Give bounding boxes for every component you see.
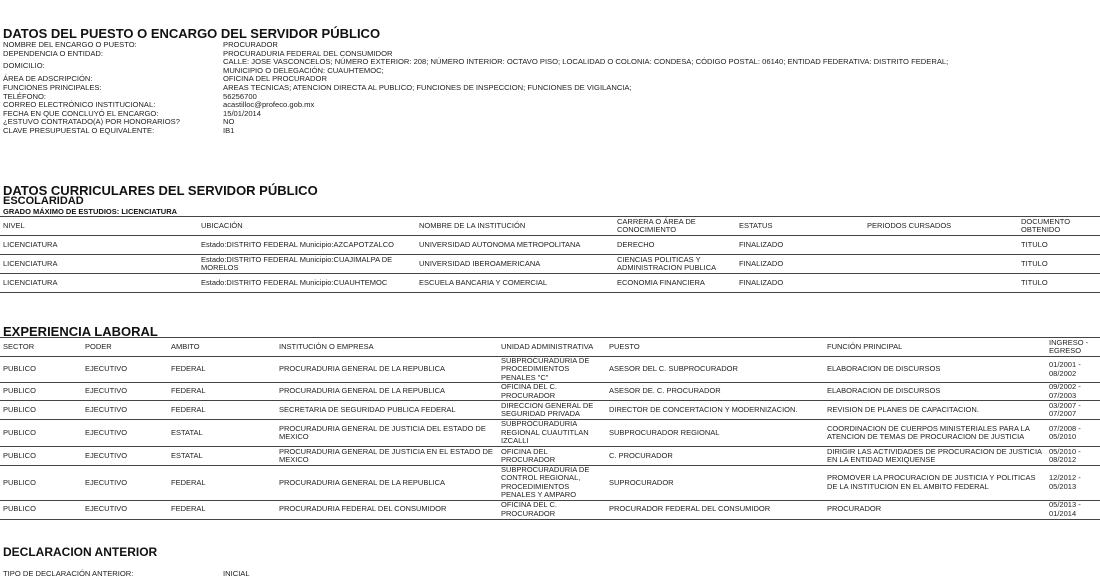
- field-correo: CORREO ELECTRÓNICO INSTITUCIONAL: acasti…: [3, 101, 1098, 110]
- column-header: UBICACIÓN: [198, 217, 416, 236]
- table-cell: FINALIZADO: [736, 274, 864, 293]
- experiencia-row: PUBLICOEJECUTIVOFEDERALSECRETARIA DE SEG…: [0, 401, 1100, 420]
- table-cell: FINALIZADO: [736, 236, 864, 255]
- table-cell: LICENCIATURA: [0, 274, 198, 293]
- field-funciones: FUNCIONES PRINCIPALES: AREAS TECNICAS; A…: [3, 84, 1098, 93]
- field-label: DEPENDENCIA O ENTIDAD:: [3, 50, 223, 59]
- field-value: CALLE: JOSE VASCONCELOS; NÚMERO EXTERIOR…: [223, 58, 1098, 75]
- table-cell: SUPROCURADOR: [606, 466, 824, 501]
- field-value: INICIAL: [223, 570, 1098, 579]
- table-cell: EJECUTIVO: [82, 500, 168, 519]
- table-cell: ASESOR DEL C. SUBPROCURADOR: [606, 357, 824, 383]
- experiencia-table: SECTORPODERAMBITOINSTITUCIÓN O EMPRESAUN…: [0, 337, 1100, 520]
- column-header: UNIDAD ADMINISTRATIVA: [498, 338, 606, 357]
- table-cell: DIRIGIR LAS ACTIVIDADES DE PROCURACION D…: [824, 447, 1046, 466]
- column-header: INSTITUCIÓN O EMPRESA: [276, 338, 498, 357]
- table-cell: PROCURADURIA GENERAL DE LA REPUBLICA: [276, 383, 498, 401]
- table-cell: PROCURADOR: [824, 500, 1046, 519]
- table-cell: PROCURADURIA GENERAL DE LA REPUBLICA: [276, 357, 498, 383]
- experiencia-row: PUBLICOEJECUTIVOESTATALPROCURADURIA GENE…: [0, 447, 1100, 466]
- table-cell: 05/2013 - 01/2014: [1046, 500, 1100, 519]
- experiencia-row: PUBLICOEJECUTIVOFEDERALPROCURADURIA GENE…: [0, 383, 1100, 401]
- table-cell: UNIVERSIDAD AUTONOMA METROPOLITANA: [416, 236, 614, 255]
- table-cell: C. PROCURADOR: [606, 447, 824, 466]
- table-cell: FEDERAL: [168, 401, 276, 420]
- table-cell: Estado:DISTRITO FEDERAL Municipio:AZCAPO…: [198, 236, 416, 255]
- column-header: AMBITO: [168, 338, 276, 357]
- experiencia-row: PUBLICOEJECUTIVOFEDERALPROCURADURIA GENE…: [0, 466, 1100, 501]
- field-label: TIPO DE DECLARACIÓN ANTERIOR:: [3, 570, 223, 579]
- table-cell: PUBLICO: [0, 466, 82, 501]
- column-header: PUESTO: [606, 338, 824, 357]
- field-label: CLAVE PRESUPUESTAL O EQUIVALENTE:: [3, 127, 223, 136]
- table-cell: OFICINA DEL C. PROCURADOR: [498, 500, 606, 519]
- column-header: ESTATUS: [736, 217, 864, 236]
- table-cell: DERECHO: [614, 236, 736, 255]
- table-cell: TITULO: [1018, 236, 1100, 255]
- table-cell: EJECUTIVO: [82, 447, 168, 466]
- table-cell: 01/2001 - 08/2002: [1046, 357, 1100, 383]
- column-header: DOCUMENTO OBTENIDO: [1018, 217, 1100, 236]
- table-cell: OFICINA DEL PROCURADOR: [498, 447, 606, 466]
- table-cell: FINALIZADO: [736, 255, 864, 274]
- table-cell: PUBLICO: [0, 357, 82, 383]
- table-cell: PROCURADURIA GENERAL DE JUSTICIA DEL EST…: [276, 420, 498, 447]
- table-cell: REVISION DE PLANES DE CAPACITACION.: [824, 401, 1046, 420]
- column-header: PODER: [82, 338, 168, 357]
- escolaridad-table: NIVELUBICACIÓNNOMBRE DE LA INSTITUCIÓNCA…: [0, 216, 1100, 293]
- table-cell: PUBLICO: [0, 383, 82, 401]
- declaracion-section-title: DECLARACION ANTERIOR: [3, 546, 157, 559]
- table-cell: SUBPROCURADURIA DE PROCEDIMIENTOS PENALE…: [498, 357, 606, 383]
- column-header: NIVEL: [0, 217, 198, 236]
- table-cell: DIRECCION GENERAL DE SEGURIDAD PRIVADA: [498, 401, 606, 420]
- field-value: 15/01/2014: [223, 110, 1098, 119]
- table-cell: TITULO: [1018, 274, 1100, 293]
- table-cell: FEDERAL: [168, 500, 276, 519]
- table-cell: [864, 274, 1018, 293]
- table-cell: PROCURADURIA FEDERAL DEL CONSUMIDOR: [276, 500, 498, 519]
- table-cell: 07/2008 - 05/2010: [1046, 420, 1100, 447]
- table-cell: SUBPROCURADURIA REGIONAL CUAUTITLAN IZCA…: [498, 420, 606, 447]
- table-cell: UNIVERSIDAD IBEROAMERICANA: [416, 255, 614, 274]
- table-cell: ESTATAL: [168, 420, 276, 447]
- escolaridad-row: LICENCIATURAEstado:DISTRITO FEDERAL Muni…: [0, 274, 1100, 293]
- table-cell: ECONOMIA FINANCIERA: [614, 274, 736, 293]
- table-cell: EJECUTIVO: [82, 383, 168, 401]
- column-header: CARRERA O ÁREA DE CONOCIMIENTO: [614, 217, 736, 236]
- column-header: FUNCIÓN PRINCIPAL: [824, 338, 1046, 357]
- experiencia-row: PUBLICOEJECUTIVOFEDERALPROCURADURIA GENE…: [0, 357, 1100, 383]
- table-cell: 09/2002 - 07/2003: [1046, 383, 1100, 401]
- table-cell: SUBPROCURADURIA DE CONTROL REGIONAL, PRO…: [498, 466, 606, 501]
- field-tipo-declaracion: TIPO DE DECLARACIÓN ANTERIOR: INICIAL: [3, 570, 1098, 579]
- experiencia-row: PUBLICOEJECUTIVOFEDERALPROCURADURIA FEDE…: [0, 500, 1100, 519]
- table-cell: PUBLICO: [0, 500, 82, 519]
- field-domicilio: DOMICILIO: CALLE: JOSE VASCONCELOS; NÚME…: [3, 58, 1098, 75]
- field-value: AREAS TECNICAS; ATENCION DIRECTA AL PUBL…: [223, 84, 1098, 93]
- column-header: PERIODOS CURSADOS: [864, 217, 1018, 236]
- table-cell: PROCURADURIA GENERAL DE LA REPUBLICA: [276, 466, 498, 501]
- table-cell: FEDERAL: [168, 466, 276, 501]
- table-cell: EJECUTIVO: [82, 420, 168, 447]
- grado-maximo: GRADO MÁXIMO DE ESTUDIOS: LICENCIATURA: [3, 207, 177, 216]
- field-clave-presupuestal: CLAVE PRESUPUESTAL O EQUIVALENTE: IB1: [3, 127, 1098, 136]
- field-value: NO: [223, 118, 1098, 127]
- table-cell: EJECUTIVO: [82, 401, 168, 420]
- table-cell: SUBPROCURADOR REGIONAL: [606, 420, 824, 447]
- table-cell: PROCURADOR FEDERAL DEL CONSUMIDOR: [606, 500, 824, 519]
- field-value: 56256700: [223, 93, 1098, 102]
- column-header: NOMBRE DE LA INSTITUCIÓN: [416, 217, 614, 236]
- table-cell: ASESOR DE. C. PROCURADOR: [606, 383, 824, 401]
- experiencia-row: PUBLICOEJECUTIVOESTATALPROCURADURIA GENE…: [0, 420, 1100, 447]
- escolaridad-title: ESCOLARIDAD: [3, 196, 84, 207]
- table-cell: ELABORACION DE DISCURSOS: [824, 383, 1046, 401]
- field-label: DOMICILIO:: [3, 58, 223, 75]
- column-header: SECTOR: [0, 338, 82, 357]
- table-cell: COORDINACION DE CUERPOS MINISTERIALES PA…: [824, 420, 1046, 447]
- table-cell: EJECUTIVO: [82, 466, 168, 501]
- table-cell: PUBLICO: [0, 420, 82, 447]
- puesto-section-title: DATOS DEL PUESTO O ENCARGO DEL SERVIDOR …: [3, 27, 380, 40]
- table-cell: 05/2010 - 08/2012: [1046, 447, 1100, 466]
- table-cell: 12/2012 - 05/2013: [1046, 466, 1100, 501]
- table-cell: Estado:DISTRITO FEDERAL Municipio:CUAJIM…: [198, 255, 416, 274]
- table-cell: TITULO: [1018, 255, 1100, 274]
- table-cell: OFICINA DEL C. PROCURADOR: [498, 383, 606, 401]
- field-value: IB1: [223, 127, 1098, 136]
- field-value: acastilloc@profeco.gob.mx: [223, 101, 1098, 110]
- puesto-fields: NOMBRE DEL ENCARGO O PUESTO: PROCURADOR …: [3, 41, 1098, 136]
- table-cell: ESTATAL: [168, 447, 276, 466]
- column-header: INGRESO - EGRESO: [1046, 338, 1100, 357]
- table-cell: EJECUTIVO: [82, 357, 168, 383]
- table-cell: ELABORACION DE DISCURSOS: [824, 357, 1046, 383]
- escolaridad-row: LICENCIATURAEstado:DISTRITO FEDERAL Muni…: [0, 236, 1100, 255]
- field-honorarios: ¿ESTUVO CONTRATADO(A) POR HONORARIOS? NO: [3, 118, 1098, 127]
- table-cell: DIRECTOR DE CONCERTACION Y MODERNIZACION…: [606, 401, 824, 420]
- table-cell: [864, 255, 1018, 274]
- table-cell: Estado:DISTRITO FEDERAL Municipio:CUAUHT…: [198, 274, 416, 293]
- table-cell: CIENCIAS POLITICAS Y ADMINISTRACION PUBL…: [614, 255, 736, 274]
- declaracion-fields: TIPO DE DECLARACIÓN ANTERIOR: INICIAL: [3, 570, 1098, 579]
- field-telefono: TELÉFONO: 56256700: [3, 93, 1098, 102]
- field-nombre-puesto: NOMBRE DEL ENCARGO O PUESTO: PROCURADOR: [3, 41, 1098, 50]
- table-cell: PUBLICO: [0, 447, 82, 466]
- table-cell: SECRETARIA DE SEGURIDAD PUBLICA FEDERAL: [276, 401, 498, 420]
- table-cell: LICENCIATURA: [0, 236, 198, 255]
- table-cell: 03/2007 - 07/2007: [1046, 401, 1100, 420]
- table-cell: FEDERAL: [168, 357, 276, 383]
- table-cell: LICENCIATURA: [0, 255, 198, 274]
- table-cell: PROCURADURIA GENERAL DE JUSTICIA EN EL E…: [276, 447, 498, 466]
- table-cell: PROMOVER LA PROCURACION DE JUSTICIA Y PO…: [824, 466, 1046, 501]
- table-cell: [864, 236, 1018, 255]
- table-cell: PUBLICO: [0, 401, 82, 420]
- table-cell: ESCUELA BANCARIA Y COMERCIAL: [416, 274, 614, 293]
- table-cell: FEDERAL: [168, 383, 276, 401]
- escolaridad-row: LICENCIATURAEstado:DISTRITO FEDERAL Muni…: [0, 255, 1100, 274]
